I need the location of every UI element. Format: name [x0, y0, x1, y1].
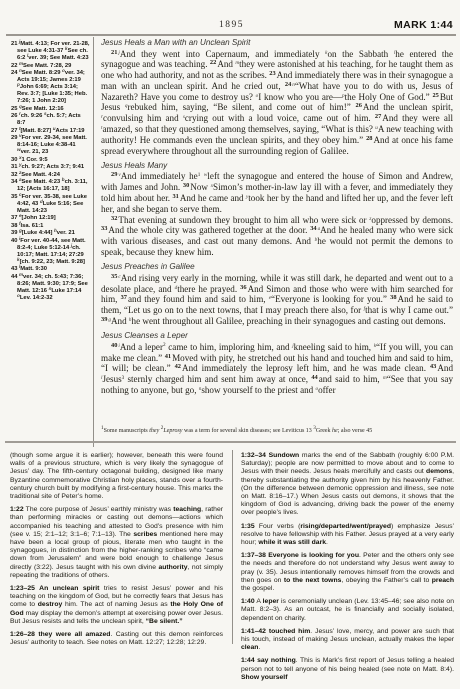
study-note: 1:41–42 touched him. Jesus’ love, mercy,…	[241, 628, 454, 653]
margin-ref-entry: 39g[Luke 4:44] hver. 21	[11, 230, 90, 237]
scripture-paragraph: 32That evening at sundown they brought t…	[101, 215, 453, 258]
margin-ref-entry: 24nSee Matt. 8:29 over. 34; Acts 19:15; …	[11, 70, 90, 105]
margin-ref-entry: 21jMatt. 4:13; For ver. 21-28, see Luke …	[11, 41, 90, 62]
scripture-text-column: Jesus Heals a Man with an Unclean Spirit…	[101, 38, 453, 396]
section-heading: Jesus Heals Many	[101, 161, 453, 170]
study-bible-page: 1895 MARK 1:44 21jMatt. 4:13; For ver. 2…	[0, 0, 460, 689]
scripture-paragraph: 40iAnd a leper2 came to him, imploring h…	[101, 342, 453, 396]
margin-ref-entry: 29vFor ver. 29-34, see Matt. 8:14-16; Lu…	[11, 135, 90, 156]
commentary-divider-rule	[5, 441, 456, 443]
section-heading: Jesus Cleanses a Leper	[101, 331, 453, 340]
study-note: 1:23–25 An unclean spirit tries to resis…	[10, 585, 223, 626]
margin-ref-entry: 32zSee Matt. 4:24	[11, 172, 90, 179]
margin-ref-entry: 31ych. 9:27; Acts 3:7; 9:41	[11, 164, 90, 171]
margin-ref-entry: 40iFor ver. 40-44, see Matt. 8:2-4; Luke…	[11, 238, 90, 266]
study-notes-right-column: 1:32–34 Sundown marks the end of the Sab…	[241, 452, 454, 687]
margin-ref-entry: 37e[John 12:19]	[11, 215, 90, 222]
study-note: 1:22 The core purpose of Jesus’ earthly …	[10, 506, 223, 580]
section-heading: Jesus Heals a Man with an Unclean Spirit	[101, 38, 453, 47]
study-notes-left-column: (though some argue it is earlier); howev…	[10, 452, 223, 652]
margin-ref-entry: 35cFor ver. 35-38, see Luke 4:42, 43 dLu…	[11, 194, 90, 215]
study-notes-section: (though some argue it is earlier); howev…	[10, 450, 454, 689]
margin-divider-line	[93, 37, 94, 447]
study-note: 1:40 A leper is ceremonially unclean (Le…	[241, 598, 454, 623]
header-rule	[6, 34, 456, 36]
page-number: 1895	[10, 20, 453, 30]
margin-ref-entry: 27t[Matt. 8:27] uActs 17:19	[11, 128, 90, 135]
scripture-paragraph: 29vAnd immediately he1 wleft the synagog…	[101, 171, 453, 214]
cross-reference-column: 21jMatt. 4:13; For ver. 21-28, see Luke …	[11, 41, 90, 302]
margin-ref-entry: 38fIsa. 61:1	[11, 223, 90, 230]
study-note: 1:44 say nothing. This is Mark’s first r…	[241, 657, 454, 682]
section-heading: Jesus Preaches in Galilee	[101, 262, 453, 271]
study-note: 1:35 Four verbs (rising/departed/went/pr…	[241, 523, 454, 548]
scripture-paragraph: 35cAnd rising very early in the morning,…	[101, 273, 453, 327]
page-header: 1895 MARK 1:44	[10, 20, 453, 33]
scripture-paragraph: 21jAnd they went into Capernaum, and imm…	[101, 49, 453, 157]
study-note: 1:32–34 Sundown marks the end of the Sab…	[241, 452, 454, 518]
margin-ref-entry: 34aSee Matt. 4:23 bch. 3:11, 12; [Acts 1…	[11, 179, 90, 193]
margin-ref-entry: 22mSee Matt. 7:28, 29	[11, 63, 90, 70]
margin-ref-entry: 44mver. 34; ch. 5:43; 7:36; 8:26; Matt. …	[11, 274, 90, 302]
commentary-column-divider	[232, 450, 233, 644]
study-note: 1:26–28 they were all amazed. Casting ou…	[10, 631, 223, 647]
study-note: (though some argue it is earlier); howev…	[10, 452, 223, 501]
running-head-reference: MARK 1:44	[394, 19, 453, 31]
margin-ref-entry: 30x1 Cor. 9:5	[11, 157, 90, 164]
margin-ref-entry: 25qSee Matt. 12:16	[11, 106, 90, 113]
margin-ref-entry: 26rch. 9:26 sch. 5:7; Acts 8:7	[11, 113, 90, 127]
translation-footnotes: 1Some manuscripts they 2Leprosy was a te…	[101, 428, 453, 435]
study-note: 1:37–38 Everyone is looking for you. Pet…	[241, 552, 454, 593]
